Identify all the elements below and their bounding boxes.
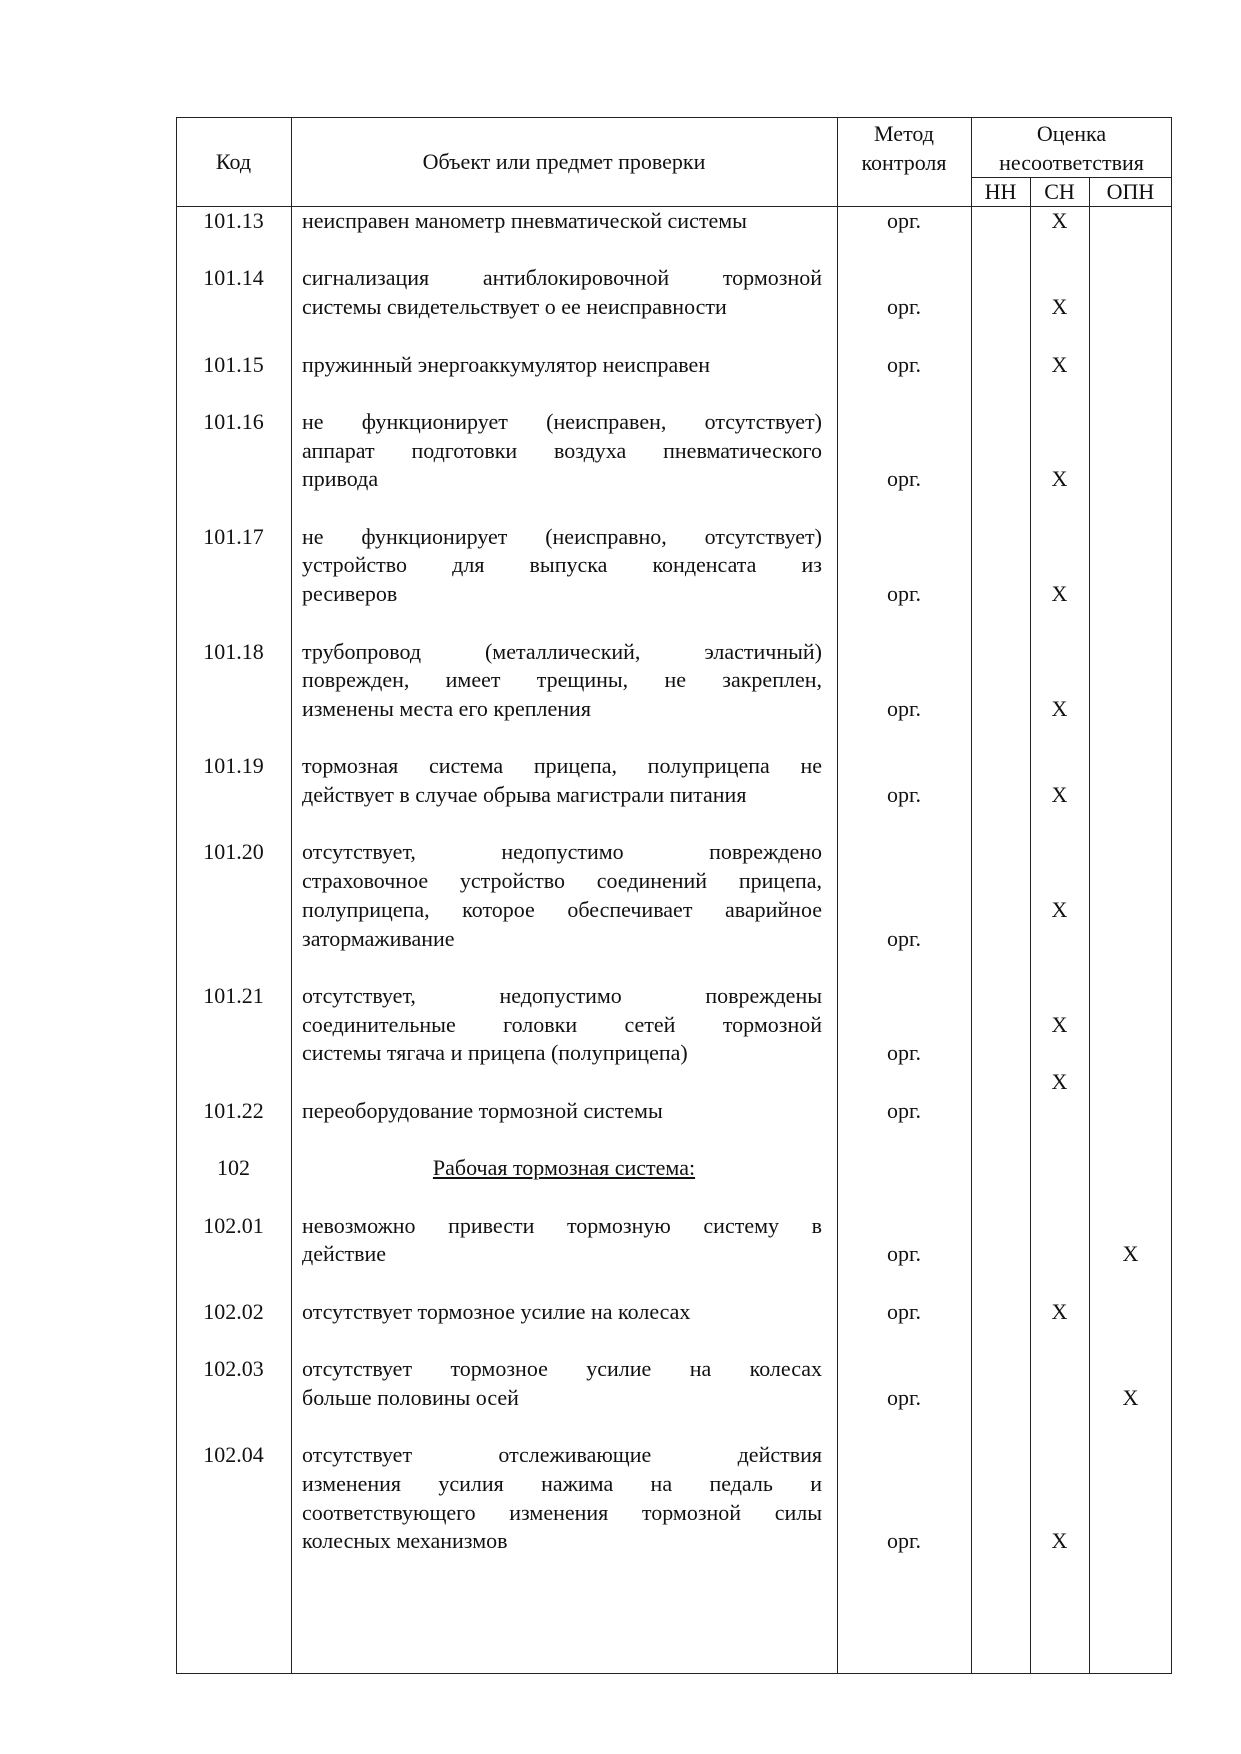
- row-description-line: сигнализация антиблокировочной тормозной: [302, 263, 822, 292]
- row-code: 102.03: [176, 1354, 291, 1383]
- row-method: орг.: [837, 1526, 971, 1555]
- row-description-line: изменения усилия нажима на педаль и: [302, 1469, 822, 1498]
- sn: X: [1089, 1239, 1172, 1268]
- row-description-line: трубопровод (металлический, эластичный): [302, 637, 822, 666]
- header-nn: НН: [971, 177, 1030, 206]
- row-description-line: отсутствует отслеживающие действия: [302, 1440, 822, 1469]
- row-description-line: неисправен манометр пневматической систе…: [302, 206, 822, 235]
- row-method: орг.: [837, 1297, 971, 1326]
- row-description-line: поврежден, имеет трещины, не закреплен,: [302, 665, 822, 694]
- row-method: орг.: [837, 694, 971, 723]
- row-method: орг.: [837, 579, 971, 608]
- row-method: орг.: [837, 1038, 971, 1067]
- sn: X: [1030, 1526, 1089, 1555]
- header-method-line1: Метод: [837, 119, 971, 148]
- column-divider: [971, 117, 972, 1674]
- row-method: орг.: [837, 206, 971, 235]
- row-description-line: отсутствует, недопустимо повреждены: [302, 981, 822, 1010]
- row-description-line: тормозная система прицепа, полуприцепа н…: [302, 751, 822, 780]
- row-code: 101.18: [176, 637, 291, 666]
- column-divider: [291, 117, 292, 1674]
- sn: X: [1030, 694, 1089, 723]
- row-code: 101.13: [176, 206, 291, 235]
- row-description-line: системы тягача и прицепа (полуприцепа): [302, 1038, 822, 1067]
- header-assessment-line1: Оценка: [971, 119, 1172, 148]
- row-code: 102.04: [176, 1440, 291, 1469]
- row-method: орг.: [837, 780, 971, 809]
- row-description-line: невозможно привести тормозную систему в: [302, 1211, 822, 1240]
- row-description-line: действует в случае обрыва магистрали пит…: [302, 780, 822, 809]
- row-code: 101.19: [176, 751, 291, 780]
- column-divider: [1089, 177, 1090, 1674]
- column-divider: [1030, 177, 1031, 1674]
- row-method: орг.: [837, 1383, 971, 1412]
- row-method: орг.: [837, 1096, 971, 1125]
- sn: X: [1030, 350, 1089, 379]
- row-code: 102: [176, 1153, 291, 1182]
- row-code: 101.20: [176, 837, 291, 866]
- row-description-line: соответствующего изменения тормозной сил…: [302, 1498, 822, 1527]
- header-assessment-line2: несоответствия: [971, 148, 1172, 177]
- row-description-line: ресиверов: [302, 579, 822, 608]
- document-page: Код Объект или предмет проверки Метод ко…: [0, 0, 1241, 1754]
- row-description-line: полуприцепа, которое обеспечивает аварий…: [302, 895, 822, 924]
- row-method: орг.: [837, 292, 971, 321]
- row-code: 102.02: [176, 1297, 291, 1326]
- row-method: орг.: [837, 924, 971, 953]
- row-method: орг.: [837, 464, 971, 493]
- sn: X: [1030, 895, 1089, 924]
- row-description-line: больше половины осей: [302, 1383, 822, 1412]
- sn: X: [1030, 1067, 1089, 1096]
- row-code: 102.01: [176, 1211, 291, 1240]
- header-method-line2: контроля: [837, 148, 971, 177]
- row-code: 101.15: [176, 350, 291, 379]
- sn: X: [1089, 1383, 1172, 1412]
- row-description-line: отсутствует тормозное усилие на колесах: [302, 1297, 822, 1326]
- row-code: 101.17: [176, 522, 291, 551]
- row-description-line: системы свидетельствует о ее неисправнос…: [302, 292, 822, 321]
- row-code: 101.16: [176, 407, 291, 436]
- section-title: Рабочая тормозная система:: [291, 1153, 837, 1182]
- row-description-line: переоборудование тормозной системы: [302, 1096, 822, 1125]
- row-description-line: затормаживание: [302, 924, 822, 953]
- row-method: орг.: [837, 1239, 971, 1268]
- row-description-line: колесных механизмов: [302, 1526, 822, 1555]
- row-description-line: изменены места его крепления: [302, 694, 822, 723]
- row-description-line: отсутствует, недопустимо повреждено: [302, 837, 822, 866]
- row-code: 101.22: [176, 1096, 291, 1125]
- sn: X: [1030, 780, 1089, 809]
- header-code: Код: [176, 147, 291, 176]
- row-description-line: пружинный энергоаккумулятор неисправен: [302, 350, 822, 379]
- row-code: 101.14: [176, 263, 291, 292]
- sn: X: [1030, 1010, 1089, 1039]
- row-description-line: не функционирует (неисправно, отсутствуе…: [302, 522, 822, 551]
- header-opn: ОПН: [1089, 177, 1172, 206]
- row-description-line: не функционирует (неисправен, отсутствуе…: [302, 407, 822, 436]
- sn: X: [1030, 464, 1089, 493]
- row-description-line: соединительные головки сетей тормозной: [302, 1010, 822, 1039]
- sn: X: [1030, 579, 1089, 608]
- row-description-line: страховочное устройство соединений прице…: [302, 866, 822, 895]
- header-object: Объект или предмет проверки: [291, 147, 837, 176]
- row-method: орг.: [837, 350, 971, 379]
- row-description-line: устройство для выпуска конденсата из: [302, 550, 822, 579]
- row-description-line: действие: [302, 1239, 822, 1268]
- row-description-line: аппарат подготовки воздуха пневматическо…: [302, 436, 822, 465]
- row-code: 101.21: [176, 981, 291, 1010]
- header-sn: СН: [1030, 177, 1089, 206]
- row-description-line: привода: [302, 464, 822, 493]
- sn: X: [1030, 292, 1089, 321]
- sn: X: [1030, 1297, 1089, 1326]
- sn: X: [1030, 206, 1089, 235]
- row-description-line: отсутствует тормозное усилие на колесах: [302, 1354, 822, 1383]
